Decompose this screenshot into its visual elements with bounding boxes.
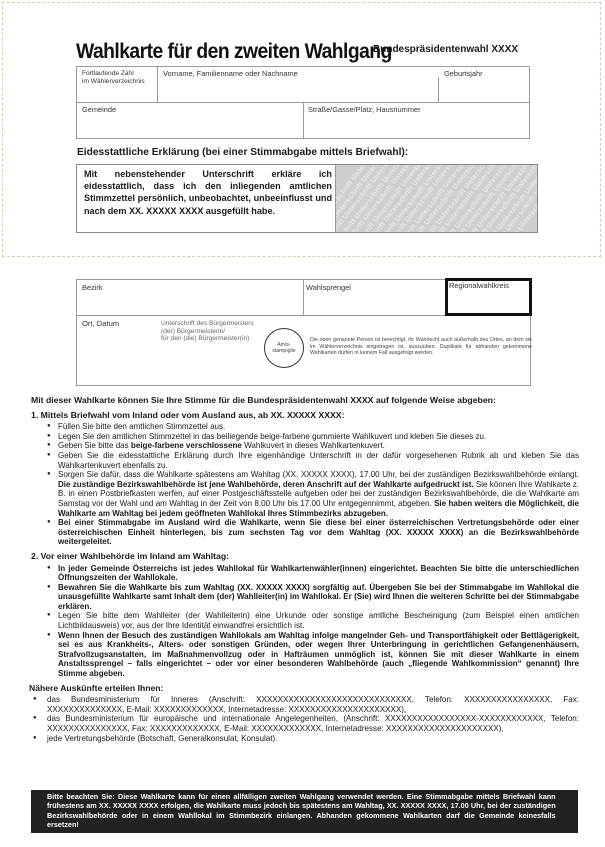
stamp-label: Amts- stampiglie (272, 342, 295, 354)
list-item: ●das Bundesministerium für Inneres (Ansc… (31, 695, 579, 714)
list-item: ●Geben Sie die eidesstattliche Erklärung… (31, 451, 579, 470)
list-item: ●jede Vertretungsbehörde (Botschaft, Gen… (31, 734, 579, 744)
notice-text: Bitte beachten Sie: Diese Wahlkarte kann… (47, 792, 556, 830)
bullet-icon: ● (47, 432, 51, 442)
list-item: ●das Bundesministerium für europäische u… (31, 714, 579, 733)
instructions: Mit dieser Wahlkarte können Sie Ihre Sti… (31, 396, 579, 748)
field-street[interactable]: Straße/Gasse/Platz, Hausnummer (308, 106, 421, 114)
field-name[interactable]: Vorname, Familienname oder Nachname (163, 70, 298, 78)
list-item: ●Legen Sie bitte dem Wahlleiter (der Wah… (31, 611, 579, 630)
bullet-icon: ● (47, 422, 51, 432)
list-item: ●Legen Sie den amtlichen Stimmzettel in … (31, 432, 579, 442)
section-2-title: 2. Vor einer Wahlbehörde im Inland am Wa… (31, 552, 579, 562)
bullet-icon: ● (47, 564, 51, 574)
list-item: ●Füllen Sie bitte den amtlichen Stimmzet… (31, 422, 579, 432)
page-title: Wahlkarte für den zweiten Wahlgang (76, 40, 392, 64)
contacts-list: ●das Bundesministerium für Inneres (Ansc… (31, 695, 579, 743)
section-2-list: ●In jeder Gemeinde Österreichs ist jedes… (31, 564, 579, 679)
official-stamp-circle: Amts- stampiglie (264, 328, 304, 368)
signature-security-pattern: Unterschrift Unterschrift Unterschrift U… (335, 165, 537, 232)
field-district[interactable]: Bezirk (82, 284, 103, 292)
bullet-icon: ● (33, 734, 37, 744)
bullet-icon: ● (47, 583, 51, 593)
bullet-icon: ● (33, 695, 37, 705)
field-running-number[interactable]: Fortlaufende Zahl im Wählerverzeichnis (82, 70, 145, 85)
bullet-icon: ● (33, 714, 37, 724)
bullet-icon: ● (47, 451, 51, 461)
field-regional-constituency[interactable]: Regionalwahlkreis (445, 278, 532, 316)
list-item: ●Bewahren Sie die Wahlkarte bis zum Wahl… (31, 583, 579, 612)
declaration-heading: Eidesstattliche Erklärung (bei einer Sti… (77, 147, 408, 158)
list-item: ●Bei einer Stimmabgabe im Ausland wird d… (31, 518, 579, 547)
list-item: ●In jeder Gemeinde Österreichs ist jedes… (31, 564, 579, 583)
election-name: Bundespräsidentenwahl XXXX (373, 44, 518, 55)
section-1-list: ●Füllen Sie bitte den amtlichen Stimmzet… (31, 422, 579, 547)
list-item: ●Wenn Ihnen der Besuch des zuständigen W… (31, 631, 579, 679)
bullet-icon: ● (47, 611, 51, 621)
bullet-icon: ● (47, 441, 51, 451)
contacts-title: Nähere Auskünfte erteilen Ihnen: (29, 684, 579, 694)
bullet-icon: ● (47, 518, 51, 528)
section-1-title: 1. Mittels Briefwahl vom Inland oder vom… (31, 411, 579, 421)
validity-note: Die oben genannte Person ist berechtigt,… (310, 337, 532, 357)
field-municipality[interactable]: Gemeinde (82, 106, 116, 114)
instructions-intro: Mit dieser Wahlkarte können Sie Ihre Sti… (31, 396, 579, 406)
regional-constituency-label: Regionalwahlkreis (449, 282, 509, 290)
signature-field[interactable]: Unterschrift Unterschrift Unterschrift U… (335, 165, 537, 232)
notice-box: Bitte beachten Sie: Diese Wahlkarte kann… (31, 790, 578, 833)
bullet-icon: ● (47, 470, 51, 480)
mayor-signature-label[interactable]: Unterschrift des Bürgermeisters (der) Bü… (161, 320, 254, 343)
list-item: ●Sorgen Sie dafür, dass die Wahlkarte sp… (31, 470, 579, 518)
voter-data-table: Fortlaufende Zahl im Wählerverzeichnis V… (76, 66, 530, 139)
field-place-date[interactable]: Ort, Datum (82, 320, 119, 328)
field-polling-district[interactable]: Wahlsprengel (306, 284, 351, 292)
field-birth-year[interactable]: Geburtsjahr (444, 70, 483, 78)
declaration-text: Mit nebenstehender Unterschrift erkläre … (84, 168, 332, 217)
declaration-box: Mit nebenstehender Unterschrift erkläre … (76, 164, 538, 233)
bullet-icon: ● (47, 631, 51, 641)
list-item: ●Geben Sie bitte das beige-farbene versc… (31, 441, 579, 451)
